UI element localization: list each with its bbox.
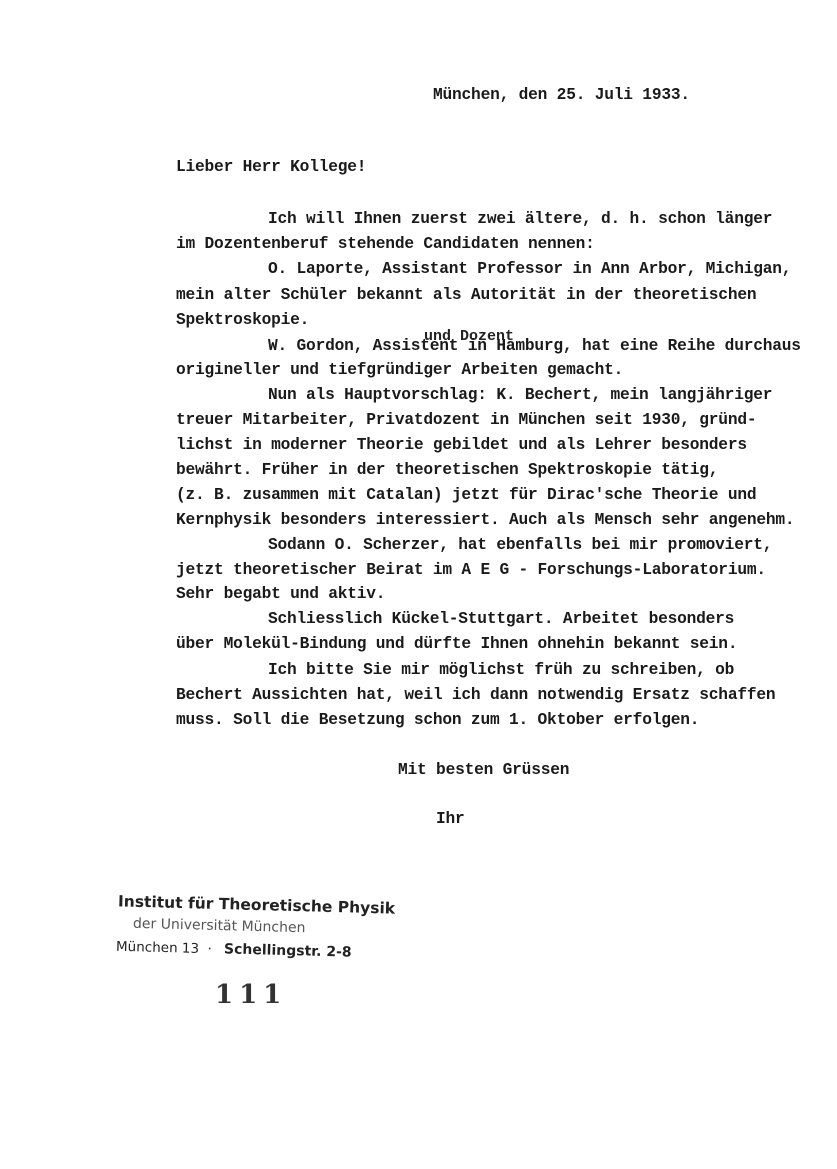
body-line: lichst in moderner Theorie gebildet und … <box>176 436 747 454</box>
stamp-line-city: München 13 · <box>116 939 212 958</box>
body-line: Ich bitte Sie mir möglichst früh zu schr… <box>268 661 734 679</box>
body-line: Nun als Hauptvorschlag: K. Bechert, mein… <box>268 386 772 404</box>
body-line: O. Laporte, Assistant Professor in Ann A… <box>268 260 791 278</box>
body-line: Kernphysik besonders interessiert. Auch … <box>176 511 794 529</box>
body-line: mein alter Schüler bekannt als Autorität… <box>176 286 756 304</box>
closing: Mit besten Grüssen <box>398 761 569 779</box>
body-line: treuer Mitarbeiter, Privatdozent in Münc… <box>176 411 756 429</box>
body-line: Sodann O. Scherzer, hat ebenfalls bei mi… <box>268 536 772 554</box>
body-line: bewährt. Früher in der theoretischen Spe… <box>176 461 718 479</box>
body-line: Bechert Aussichten hat, weil ich dann no… <box>176 686 775 704</box>
signature: Ihr <box>436 810 465 828</box>
body-line: über Molekül-Bindung und dürfte Ihnen oh… <box>176 635 737 653</box>
stamp-line-university: der Universität München <box>133 916 306 937</box>
body-line: im Dozentenberuf stehende Candidaten nen… <box>176 235 595 253</box>
stamp-line-institute: Institut für Theoretische Physik <box>118 892 396 917</box>
body-line: Ich will Ihnen zuerst zwei ältere, d. h.… <box>268 210 772 228</box>
body-line: jetzt theoretischer Beirat im A E G - Fo… <box>176 561 766 579</box>
body-line: Schliesslich Kückel-Stuttgart. Arbeitet … <box>268 610 734 628</box>
body-line: Sehr begabt und aktiv. <box>176 585 385 603</box>
body-line: W. Gordon, Assistent in Hamburg, hat ein… <box>268 337 801 355</box>
body-line: muss. Soll die Besetzung schon zum 1. Ok… <box>176 711 699 729</box>
body-line: Spektroskopie. <box>176 311 309 329</box>
dateline: München, den 25. Juli 1933. <box>433 86 690 104</box>
salutation: Lieber Herr Kollege! <box>176 158 366 176</box>
body-line: origineller und tiefgründiger Arbeiten g… <box>176 361 623 379</box>
stamp-line-address: Schellingstr. 2-8 <box>224 941 352 960</box>
body-line: (z. B. zusammen mit Catalan) jetzt für D… <box>176 486 756 504</box>
page-number: 111 <box>215 980 287 1010</box>
